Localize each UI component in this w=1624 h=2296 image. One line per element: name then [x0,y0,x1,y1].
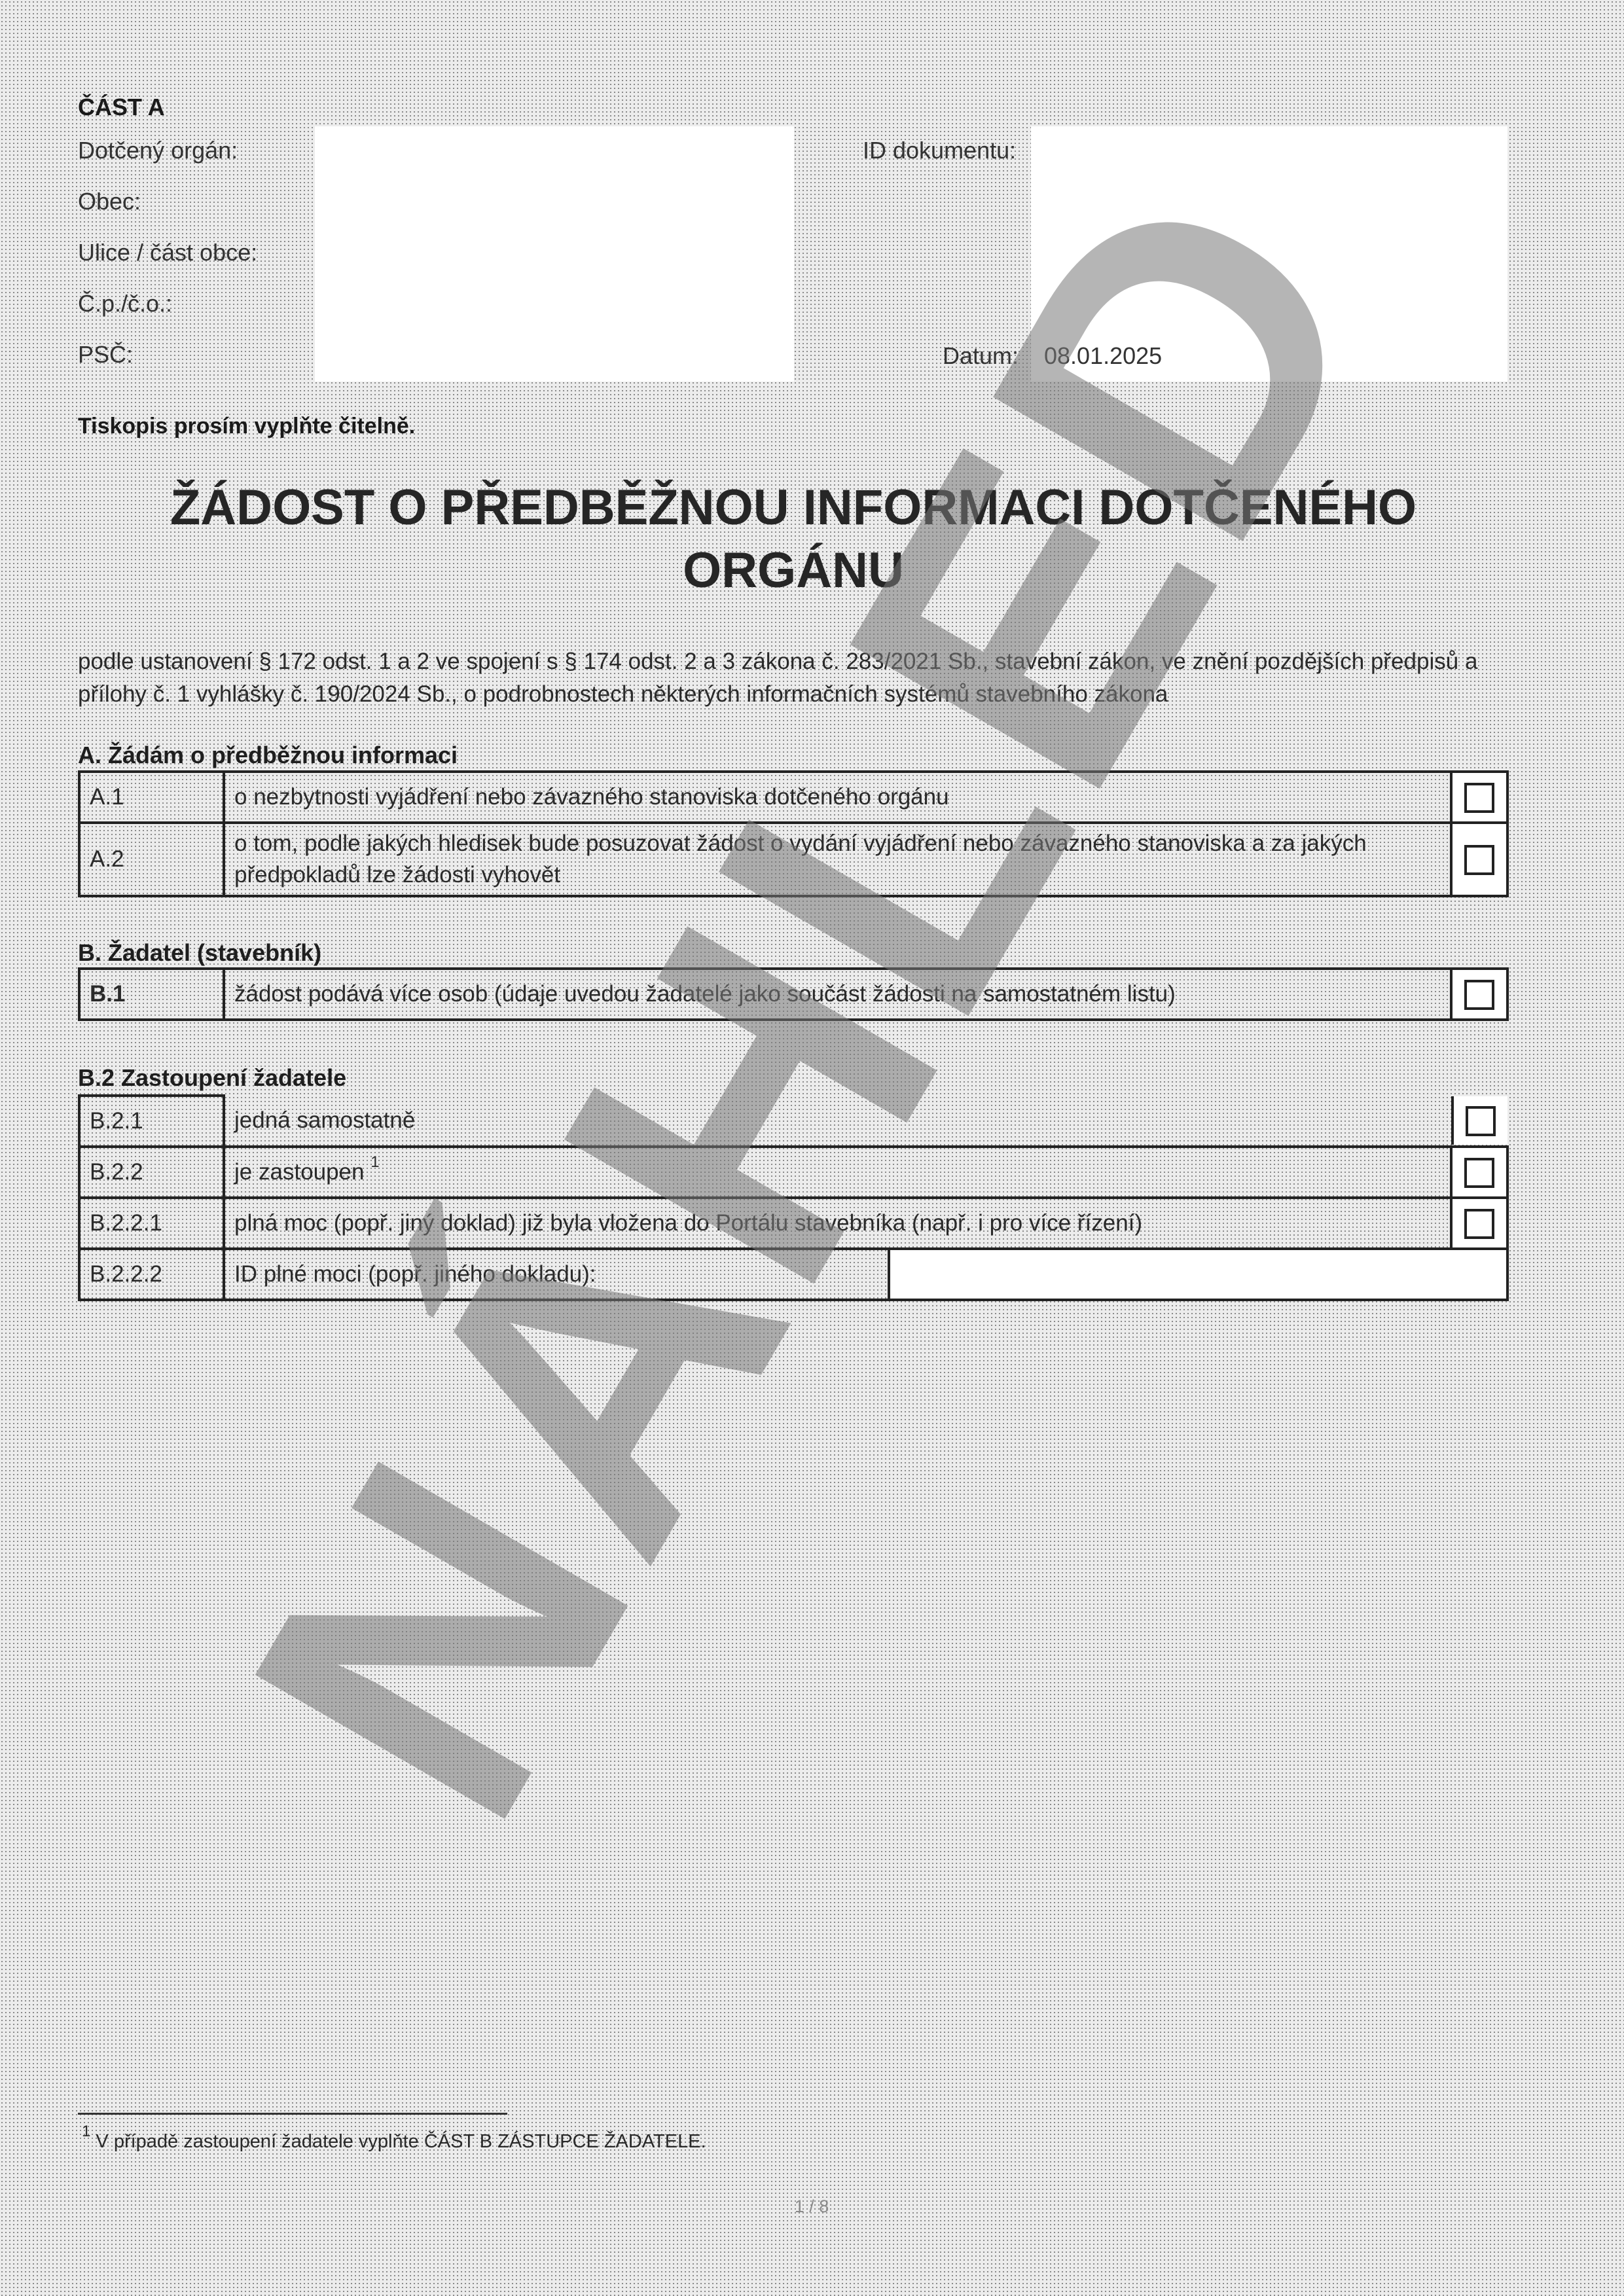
table-row: B.2.2.2 ID plné moci (popř. jiného dokla… [79,1249,1507,1300]
checkbox-b22[interactable] [1464,1158,1494,1188]
form-title: ŽÁDOST O PŘEDBĚŽNOU INFORMACI DOTČENÉHO … [79,476,1508,602]
field-label-psc: PSČ: [78,343,133,367]
checkbox-a1[interactable] [1464,783,1494,813]
row-code: A.1 [79,772,224,823]
page-number: 1 / 8 [772,2197,851,2217]
row-code: A.2 [79,823,224,896]
date-value[interactable]: 08.01.2025 [1044,344,1162,368]
id-document-label: ID dokumentu: [863,139,1016,162]
section-b-heading: B. Žadatel (stavebník) [78,939,321,967]
section-b2-heading: B.2 Zastoupení žadatele [78,1064,346,1092]
table-row: A.1 o nezbytnosti vyjádření nebo závazné… [79,772,1507,823]
table-row: B.1 žádost podává více osob (údaje uvedo… [79,969,1507,1020]
section-b-table: B.1 žádost podává více osob (údaje uvedo… [78,967,1509,1021]
instruction-text: Tiskopis prosím vyplňte čitelně. [78,415,415,437]
row-code: B.2.2 [79,1147,224,1198]
footnote: 1 V případě zastoupení žadatele vyplňte … [82,2131,706,2153]
section-b2-table: B.2.1 jedná samostatně B.2.2 je zastoupe… [78,1094,1509,1301]
row-text: jedná samostatně [225,1096,1453,1145]
row-text: o nezbytnosti vyjádření nebo závazného s… [224,772,1451,823]
footnote-divider [78,2113,507,2115]
row-text: žádost podává více osob (údaje uvedou ža… [224,969,1451,1020]
checkbox-b21[interactable] [1466,1106,1496,1136]
part-label: ČÁST A [78,96,165,119]
section-a-table: A.1 o nezbytnosti vyjádření nebo závazné… [78,770,1509,897]
row-text: o tom, podle jakých hledisek bude posuzo… [224,823,1451,896]
header-fields-input-area[interactable] [315,126,794,382]
row-text: plná moc (popř. jiný doklad) již byla vl… [225,1199,1451,1247]
footnote-mark: 1 [82,2123,90,2140]
form-title-line-2: ORGÁNU [79,539,1508,602]
row-text: je zastoupen [234,1159,364,1185]
field-label-obec: Obec: [78,190,141,213]
footnote-text: V případě zastoupení žadatele vyplňte ČÁ… [96,2131,706,2152]
power-of-attorney-id-input[interactable] [889,1250,1506,1299]
table-row: A.2 o tom, podle jakých hledisek bude po… [79,823,1507,896]
checkbox-b221[interactable] [1464,1209,1494,1239]
row-text: ID plné moci (popř. jiného dokladu): [225,1250,889,1299]
row-code: B.2.1 [79,1096,224,1147]
row-code: B.2.2.1 [79,1198,224,1249]
section-a-heading: A. Žádám o předběžnou informaci [78,742,458,769]
date-label: Datum: [943,344,1019,368]
form-title-line-1: ŽÁDOST O PŘEDBĚŽNOU INFORMACI DOTČENÉHO [79,476,1508,539]
legal-basis-text: podle ustanovení § 172 odst. 1 a 2 ve sp… [78,645,1518,711]
field-label-cp-co: Č.p./č.o.: [78,292,172,315]
table-row: B.2.2.1 plná moc (popř. jiný doklad) již… [79,1198,1507,1249]
field-label-dotceny-organ: Dotčený orgán: [78,139,238,162]
checkbox-a2[interactable] [1464,845,1494,875]
row-code: B.2.2.2 [79,1249,224,1300]
field-label-ulice: Ulice / část obce: [78,241,257,264]
checkbox-b1[interactable] [1464,980,1494,1010]
row-code: B.1 [79,969,224,1020]
table-row: B.2.2 je zastoupen 1 [79,1147,1507,1198]
table-row: B.2.1 jedná samostatně [79,1096,1507,1147]
footnote-ref[interactable]: 1 [370,1153,379,1171]
